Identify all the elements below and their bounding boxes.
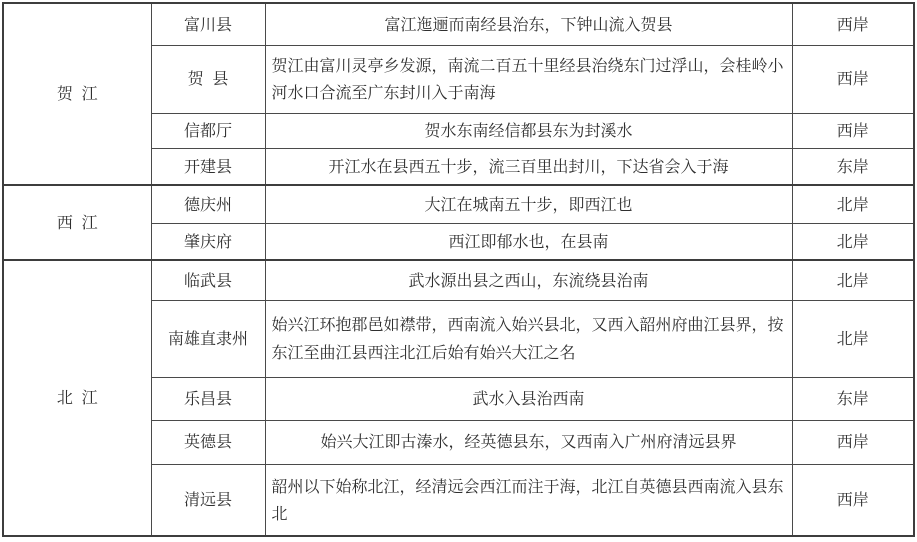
county-cell: 肇庆府 [151,223,265,260]
description-cell: 始兴大江即古溱水，经英德县东，又西南入广州府清远县界 [265,420,792,464]
river-name-beijiang: 北江 [3,260,151,536]
county-cell: 英德县 [151,420,265,464]
bank-cell: 北岸 [792,223,914,260]
description-cell: 贺江由富川灵亭乡发源，南流二百五十里经县治绕东门过浮山，会桂岭小河水口合流至广东… [265,45,792,113]
table-row: 贺江 富川县 富江迤逦而南经县治东，下钟山流入贺县 西岸 [3,3,914,45]
county-cell: 清远县 [151,464,265,536]
county-cell: 南雄直隶州 [151,300,265,377]
description-cell: 韶州以下始称北江，经清远会西江而注于海，北江自英德县西南流入县东北 [265,464,792,536]
document-page: 贺江 富川县 富江迤逦而南经县治东，下钟山流入贺县 西岸 贺县 贺江由富川灵亭乡… [0,0,917,542]
description-cell: 大江在城南五十步，即西江也 [265,185,792,223]
county-cell: 信都厅 [151,113,265,148]
river-name-xijiang: 西江 [3,185,151,260]
bank-cell: 西岸 [792,3,914,45]
county-cell: 贺县 [151,45,265,113]
county-cell: 开建县 [151,148,265,185]
river-name-hejiang: 贺江 [3,3,151,185]
description-cell: 开江水在县西五十步，流三百里出封川，下达省会入于海 [265,148,792,185]
bank-cell: 西岸 [792,113,914,148]
bank-cell: 东岸 [792,377,914,420]
description-cell: 始兴江环抱郡邑如襟带，西南流入始兴县北，又西入韶州府曲江县界，按东江至曲江县西注… [265,300,792,377]
county-cell: 临武县 [151,260,265,300]
description-cell: 贺水东南经信都县东为封溪水 [265,113,792,148]
county-cell: 乐昌县 [151,377,265,420]
rivers-table: 贺江 富川县 富江迤逦而南经县治东，下钟山流入贺县 西岸 贺县 贺江由富川灵亭乡… [2,2,915,537]
bank-cell: 西岸 [792,420,914,464]
description-cell: 西江即郁水也，在县南 [265,223,792,260]
table-row: 西江 德庆州 大江在城南五十步，即西江也 北岸 [3,185,914,223]
description-cell: 富江迤逦而南经县治东，下钟山流入贺县 [265,3,792,45]
table-row: 北江 临武县 武水源出县之西山，东流绕县治南 北岸 [3,260,914,300]
bank-cell: 北岸 [792,300,914,377]
county-cell: 富川县 [151,3,265,45]
bank-cell: 西岸 [792,45,914,113]
county-cell: 德庆州 [151,185,265,223]
bank-cell: 西岸 [792,464,914,536]
description-cell: 武水入县治西南 [265,377,792,420]
bank-cell: 北岸 [792,260,914,300]
bank-cell: 北岸 [792,185,914,223]
bank-cell: 东岸 [792,148,914,185]
description-cell: 武水源出县之西山，东流绕县治南 [265,260,792,300]
